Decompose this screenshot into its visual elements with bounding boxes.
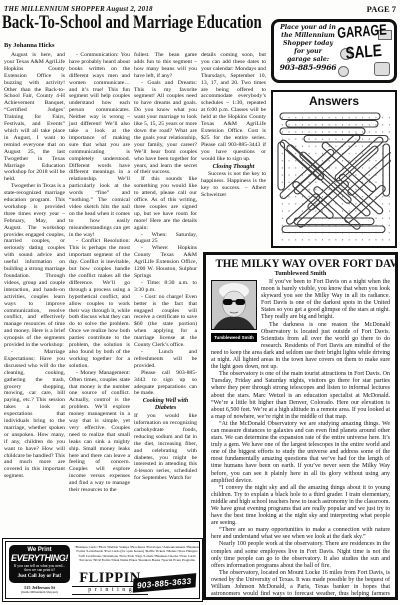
article-paragraph: - Conflict Resolution: This is perhaps t…	[69, 238, 130, 369]
everything-label: EVERYTHING!	[9, 553, 70, 563]
we-print-box: We Print EVERYTHING! If you can tell us …	[9, 545, 70, 583]
publication-masthead: THE MILLENNIUM SHOPPER August 2, 2018	[4, 5, 153, 13]
article-paragraph: - When: Saturday, August 25	[134, 232, 197, 246]
article-paragraph: If this sounds like something you would …	[134, 176, 197, 231]
article-column-4: details coming soon, but you can add the…	[201, 52, 266, 251]
garage-sale-ad: Place your ad in the Millennium Shopper …	[271, 19, 397, 83]
ad-line: the Millennium	[276, 32, 340, 40]
ad-line: Place your ad in	[276, 24, 340, 32]
article-paragraph: August is here, and your Texas A&M AgriL…	[4, 52, 65, 183]
services-list: •Business Cards •Fliers •Rubber Stamps •…	[73, 545, 201, 562]
article-paragraph: - Marriage Expectations: Have you discus…	[4, 349, 65, 480]
photo-caption: Tumbleweed Smith	[211, 333, 257, 342]
section-heading-closing-thought: Closing Thought	[201, 164, 266, 171]
article-paragraph: - Goals and Dreams: This is my favorite …	[134, 80, 197, 177]
article-column-1: August is here, and your Texas A&M AgriL…	[4, 52, 65, 533]
article-paragraph: - Time: 8:30 a.m. to 3:30 p.m.	[134, 280, 197, 294]
article-paragraph: details coming soon, but you can add the…	[201, 52, 266, 163]
call-joy-or-pat-label: Just Call Joy or Pat!	[9, 574, 70, 579]
garage-ad-phone: 903-885-9966	[276, 64, 340, 72]
article-column-3: fullest. The bean game adds fun to this …	[134, 52, 197, 533]
milky-way-paragraph: The observatory is one of the main touri…	[211, 371, 390, 421]
section-heading-cooking: Cooking Well with Diabetes	[134, 398, 197, 412]
article-paragraph: - Communication: You have probably heard…	[69, 52, 130, 238]
article-paragraph: - Cost: no charge! Even better is the fa…	[134, 294, 197, 349]
tumbleweed-smith-portrait	[211, 280, 257, 330]
page-number: PAGE 7	[367, 4, 396, 14]
article-paragraph: Please call 903-885-3443 to sign up so a…	[134, 370, 197, 398]
article-paragraph: fullest. The bean game adds fun to this …	[134, 52, 197, 80]
article-title: Back-To-School and Marriage Education	[2, 13, 262, 34]
article-paragraph: - Where: Hopkins County Texas A&M AgriLi…	[134, 245, 197, 280]
print-ad-tagline: If you can tell us what you need... then…	[9, 564, 70, 573]
milky-way-paragraph: “There are so many opportunities to make…	[211, 527, 390, 541]
answers-title: Answers	[273, 94, 395, 108]
milky-way-paragraph: The observatory, located on Mount Locke …	[211, 570, 390, 600]
article-paragraph: If you would like information on recogni…	[134, 413, 197, 482]
milky-way-body: Tumbleweed Smith If you’ve been to Fort …	[211, 279, 390, 600]
sale-items-doodle	[338, 66, 349, 77]
article-paragraph: - Lunch and refreshments will be provide…	[134, 349, 197, 370]
milky-way-feature-box: THE MILKY WAY OVER FORT DAVIS Tumbleweed…	[203, 252, 398, 600]
milky-way-paragraph: “At the McDonald Observatory we are stud…	[211, 421, 390, 485]
sale-word: SALE	[345, 41, 382, 64]
milky-way-paragraph: “I convey the night sky and all the amaz…	[211, 485, 390, 528]
garage-sale-graphic: GARAGE SALE	[336, 22, 394, 80]
milky-way-title: THE MILKY WAY OVER FORT DAVIS	[215, 258, 385, 270]
flippin-printing-ad: We Print EVERYTHING! If you can tell us …	[2, 538, 203, 602]
article-paragraph: Success is not the key to happiness. Hap…	[201, 171, 266, 199]
tagline-line: then we can print it!	[9, 568, 70, 572]
milky-way-author: Tumbleweed Smith	[211, 270, 390, 277]
author-photo: Tumbleweed Smith	[211, 280, 257, 342]
ad-line: for your	[276, 48, 340, 56]
address-line-2: (inside Millennium Shopper)	[9, 590, 70, 595]
wordsearch-solution-grid	[277, 112, 391, 242]
sale-items-doodle	[374, 62, 390, 76]
ad-line: Shopper today	[276, 40, 340, 48]
article-column-2: - Communication: You have probably heard…	[69, 52, 130, 533]
article-byline: By Johanna Hicks	[4, 42, 55, 49]
article-paragraph: Twogether in Texas is a state-recognized…	[4, 183, 65, 349]
garage-ad-text: Place your ad in the Millennium Shopper …	[276, 24, 340, 72]
milky-way-paragraph: Nearly 100 people work at the observator…	[211, 541, 390, 569]
wordsearch-loops	[277, 112, 391, 242]
answers-box: Answers	[271, 90, 397, 248]
article-paragraph: - Money Management: Often times, couples…	[69, 370, 130, 494]
newspaper-page: THE MILLENNIUM SHOPPER August 2, 2018 PA…	[0, 0, 400, 605]
print-ad-address: 115 Jefferson St (inside Millennium Shop…	[9, 585, 70, 595]
garage-word: GARAGE	[337, 22, 387, 42]
